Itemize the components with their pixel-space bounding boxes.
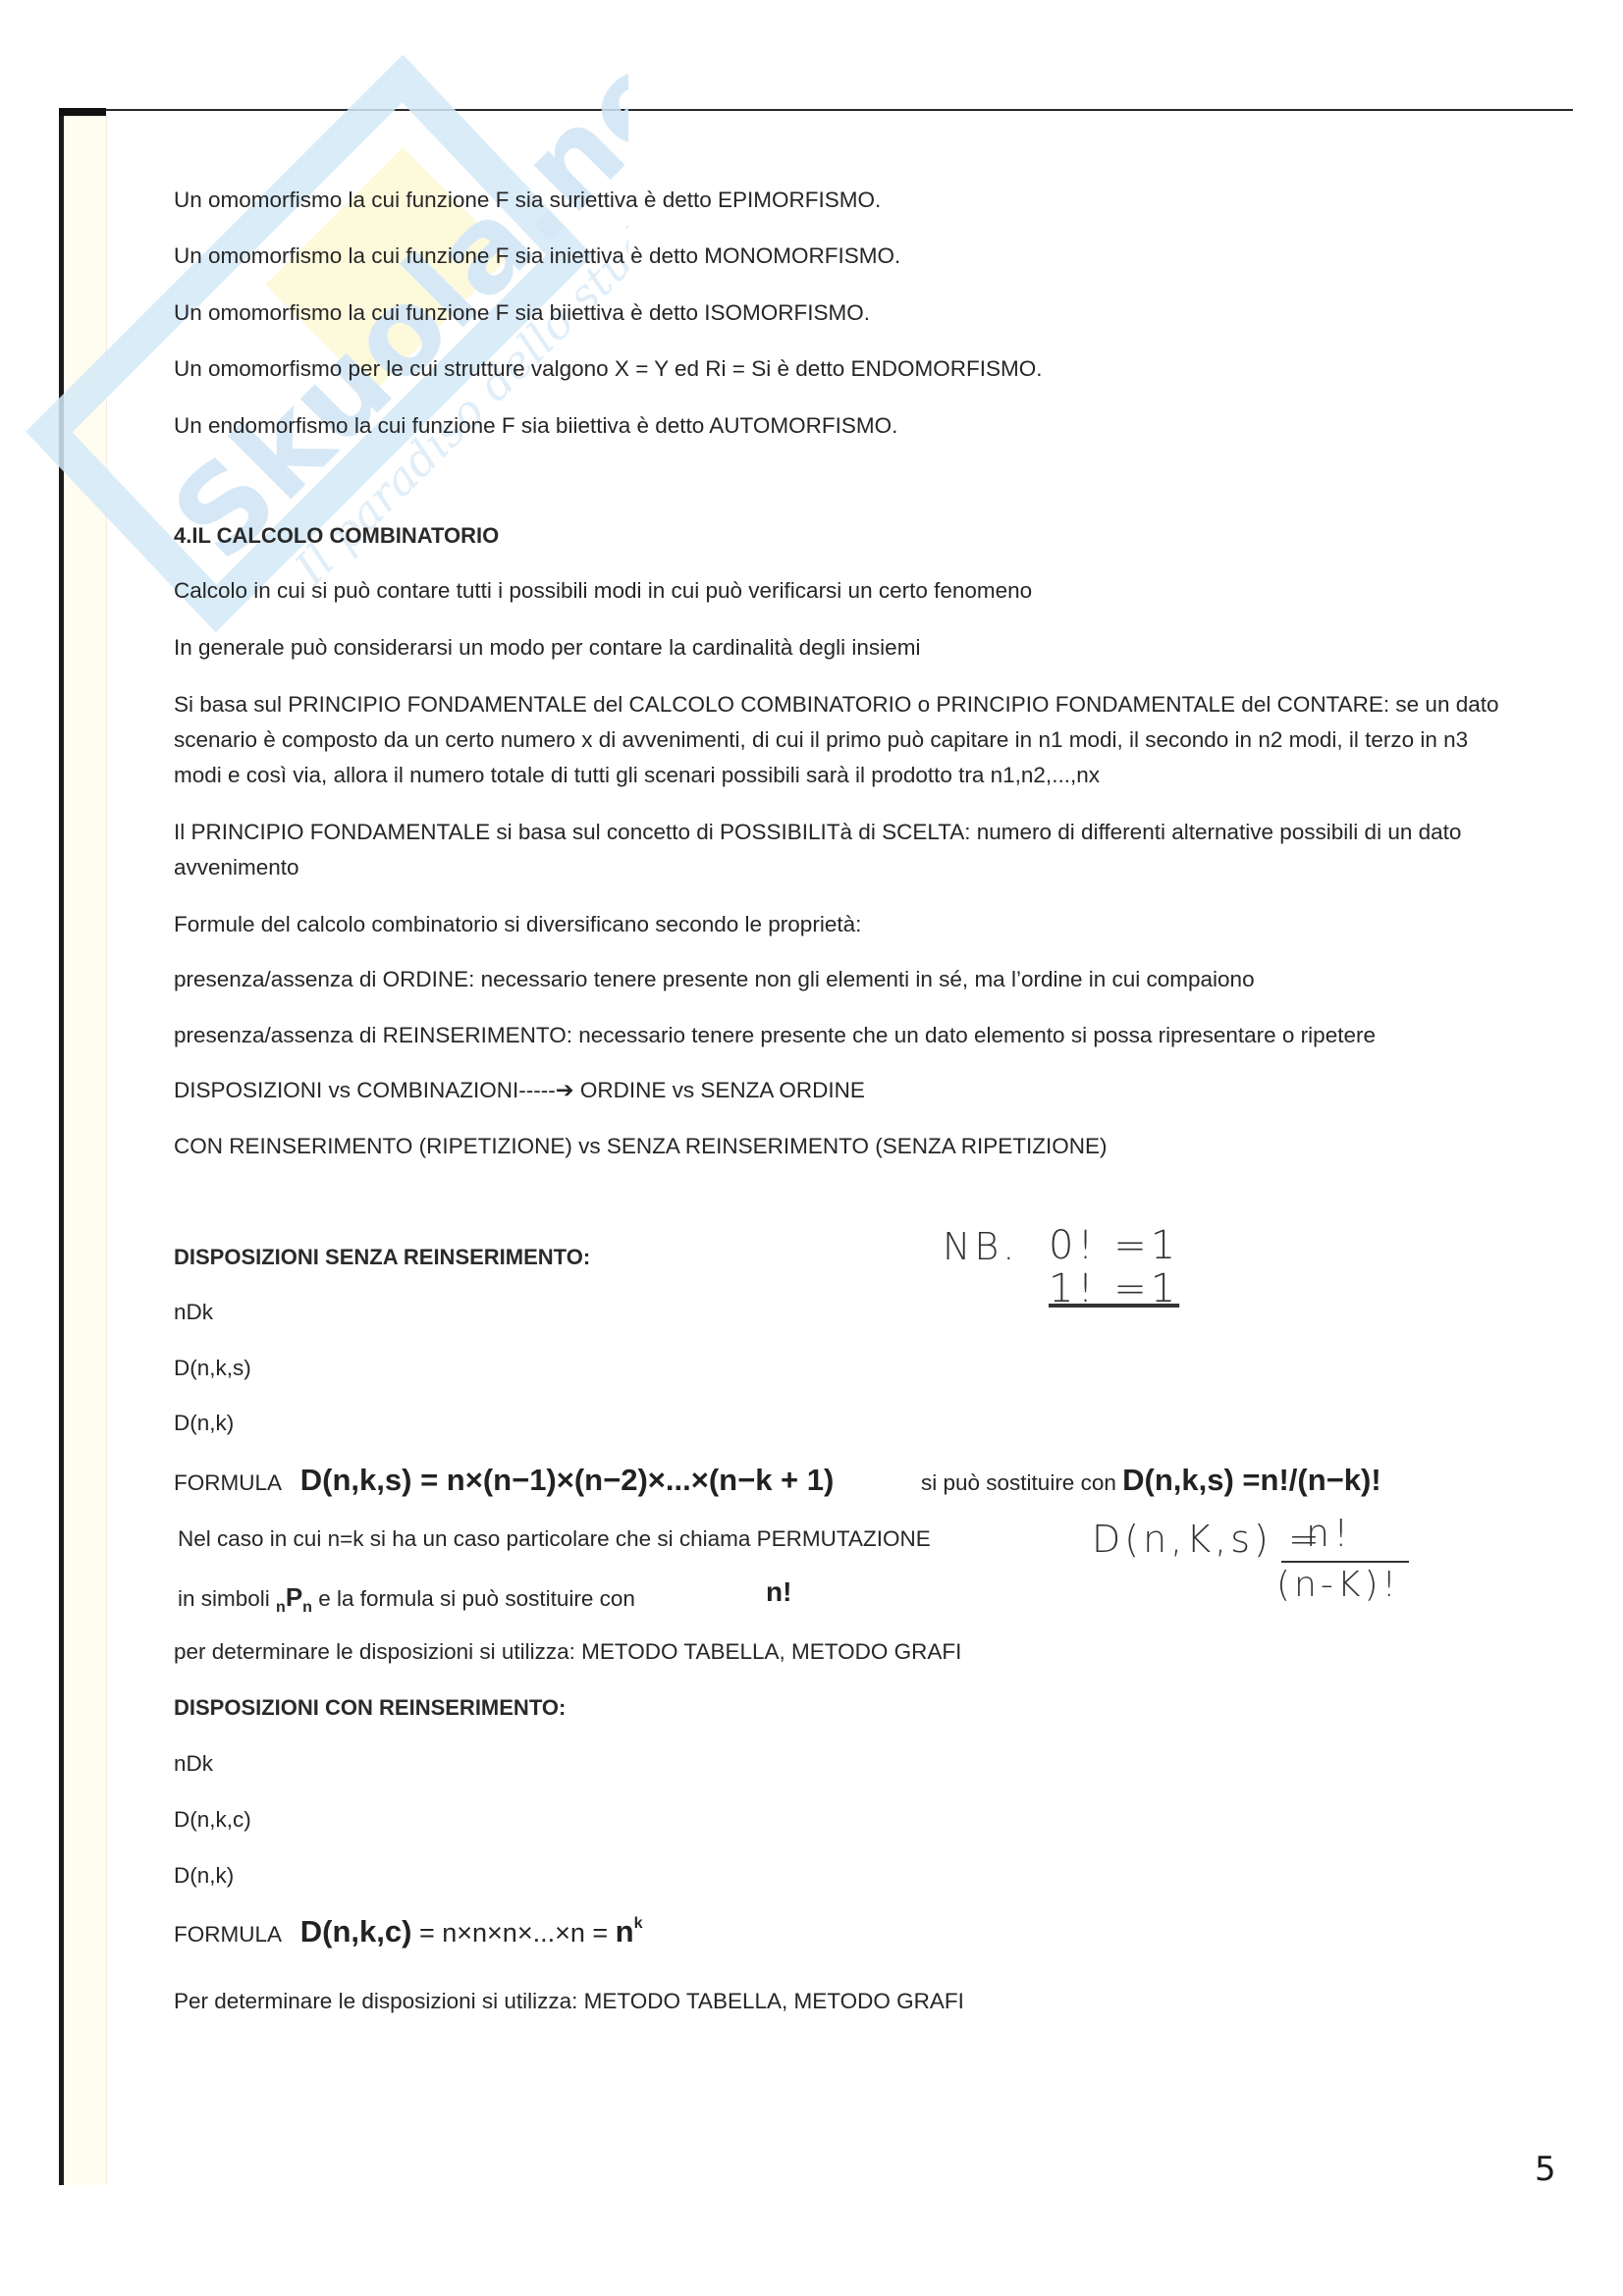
notation-line: D(n,k) <box>174 1411 234 1436</box>
symbol-suffix: e la formula si può sostituire con <box>318 1586 635 1611</box>
text-line: Un omomorfismo per le cui strutture valg… <box>174 356 1043 382</box>
subsection-heading: DISPOSIZIONI SENZA REINSERIMENTO: <box>174 1245 590 1270</box>
text-line: CON REINSERIMENTO (RIPETIZIONE) vs SENZA… <box>174 1134 1108 1159</box>
handwritten-nb-label: NB. <box>943 1225 1018 1268</box>
permutation-symbol-line: in simboli nPn e la formula si può sosti… <box>178 1582 635 1617</box>
formula-label: FORMULA <box>174 1470 282 1495</box>
handwritten-nb-line1: 0! =1 <box>1049 1223 1179 1268</box>
formula-exponent: k <box>634 1915 643 1932</box>
document-page: Un omomorfismo la cui funzione F sia sur… <box>0 0 1623 2296</box>
notation-line: D(n,k) <box>174 1863 234 1889</box>
alt-formula: D(n,k,s) =n!/(n−k)! <box>1122 1463 1381 1497</box>
handwritten-formula-lhs: D(n,K,s) = <box>1092 1518 1324 1561</box>
notation-line: D(n,k,s) <box>174 1356 251 1381</box>
formula-middle: = n×n×n×...×n = <box>411 1918 615 1948</box>
handwritten-formula-numerator: n! <box>1306 1512 1352 1555</box>
handwritten-formula-denominator: (n-K)! <box>1276 1565 1400 1605</box>
section-heading: 4.IL CALCOLO COMBINATORIO <box>174 523 499 549</box>
alt-formula-prefix: si può sostituire con <box>921 1470 1116 1495</box>
text-line: Formule del calcolo combinatorio si dive… <box>174 912 861 937</box>
principle-paragraph: Si basa sul PRINCIPIO FONDAMENTALE del C… <box>174 687 1509 793</box>
symbol-main: P <box>286 1582 302 1612</box>
notation-line: nDk <box>174 1751 213 1777</box>
text-line: presenza/assenza di ORDINE: necessario t… <box>174 967 1255 992</box>
notation-line: D(n,k,c) <box>174 1807 251 1833</box>
notation-line: nDk <box>174 1300 213 1325</box>
symbol-subscript: n <box>276 1599 286 1616</box>
text-line: Nel caso in cui n=k si ha un caso partic… <box>178 1526 931 1552</box>
permutation-formula: n! <box>766 1576 791 1608</box>
symbol-subscript: n <box>302 1599 312 1616</box>
formula-line: FORMULA D(n,k,c) = n×n×n×...×n = nk <box>174 1914 643 1949</box>
text-line: presenza/assenza di REINSERIMENTO: neces… <box>174 1023 1376 1048</box>
choice-paragraph: Il PRINCIPIO FONDAMENTALE si basa sul co… <box>174 815 1509 885</box>
text-line: Un omomorfismo la cui funzione F sia ini… <box>174 243 900 269</box>
formula-lhs: D(n,k,c) <box>300 1914 412 1949</box>
text-line: In generale può considerarsi un modo per… <box>174 635 920 661</box>
text-line: Un omomorfismo la cui funzione F sia bii… <box>174 300 870 326</box>
symbol-prefix: in simboli <box>178 1586 270 1611</box>
text-line: Un endomorfismo la cui funzione F sia bi… <box>174 413 897 439</box>
handwritten-nb-line2: 1! =1 <box>1049 1266 1179 1311</box>
text-line: Per determinare le disposizioni si utili… <box>174 1989 964 2014</box>
text-line: per determinare le disposizioni si utili… <box>174 1639 961 1665</box>
text-line: Un omomorfismo la cui funzione F sia sur… <box>174 187 881 213</box>
formula-line: FORMULA D(n,k,s) = n×(n−1)×(n−2)×...×(n−… <box>174 1463 834 1498</box>
text-line: DISPOSIZIONI vs COMBINAZIONI-----➔ ORDIN… <box>174 1078 865 1103</box>
page-number: 5 <box>1535 2150 1556 2189</box>
alt-formula-line: si può sostituire con D(n,k,s) =n!/(n−k)… <box>921 1463 1381 1498</box>
subsection-heading: DISPOSIZIONI CON REINSERIMENTO: <box>174 1695 566 1721</box>
handwritten-fraction-bar <box>1281 1561 1409 1563</box>
formula-label: FORMULA <box>174 1922 282 1947</box>
text-line: Calcolo in cui si può contare tutti i po… <box>174 578 1032 604</box>
formula-base: n <box>616 1914 634 1949</box>
formula: D(n,k,s) = n×(n−1)×(n−2)×...×(n−k + 1) <box>300 1463 835 1497</box>
